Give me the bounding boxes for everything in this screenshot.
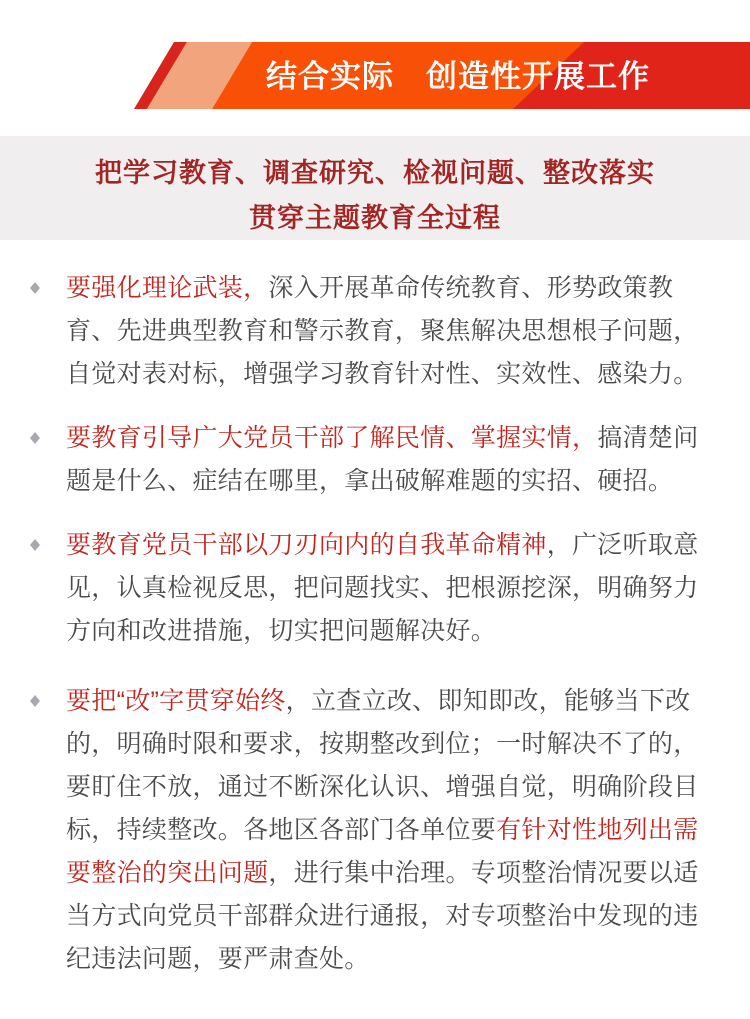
- subtitle-line-2: 贯穿主题教育全过程: [0, 196, 750, 241]
- diamond-icon: [30, 539, 40, 551]
- diamond-icon: [30, 432, 40, 444]
- emphasis-text-segment: 要教育党员干部以刀刃向内的自我革命精神: [66, 531, 547, 559]
- bullet-list: 要强化理论武装，深入开展革命传统教育、形势政策教育、先进典型教育和警示教育，聚焦…: [0, 240, 750, 1002]
- emphasis-text-segment: 要教育引导广大党员干部了解民情、掌握实情，: [66, 424, 597, 452]
- subtitle-line-1: 把学习教育、调查研究、检视问题、整改落实: [0, 151, 750, 196]
- emphasis-text-segment: 要把“改”字贯穿始终: [66, 687, 286, 715]
- bullet-item: 要教育党员干部以刀刃向内的自我革命精神，广泛听取意见，认真检视反思，把问题找实、…: [0, 524, 750, 653]
- diamond-icon: [30, 282, 40, 294]
- diamond-icon: [30, 695, 40, 707]
- subtitle-band: 把学习教育、调查研究、检视问题、整改落实 贯穿主题教育全过程: [0, 136, 750, 240]
- emphasis-text-segment: 要强化理论武装，: [66, 274, 268, 302]
- banner-title: 结合实际 创造性开展工作: [266, 42, 650, 109]
- bullet-item: 要把“改”字贯穿始终，立查立改、即知即改，能够当下改的，明确时限和要求，按期整改…: [0, 680, 750, 981]
- bullet-item: 要教育引导广大党员干部了解民情、掌握实情，搞清楚问题是什么、症结在哪里，拿出破解…: [0, 417, 750, 503]
- bullet-item: 要强化理论武装，深入开展革命传统教育、形势政策教育、先进典型教育和警示教育，聚焦…: [0, 267, 750, 396]
- header-banner: 结合实际 创造性开展工作: [0, 42, 750, 109]
